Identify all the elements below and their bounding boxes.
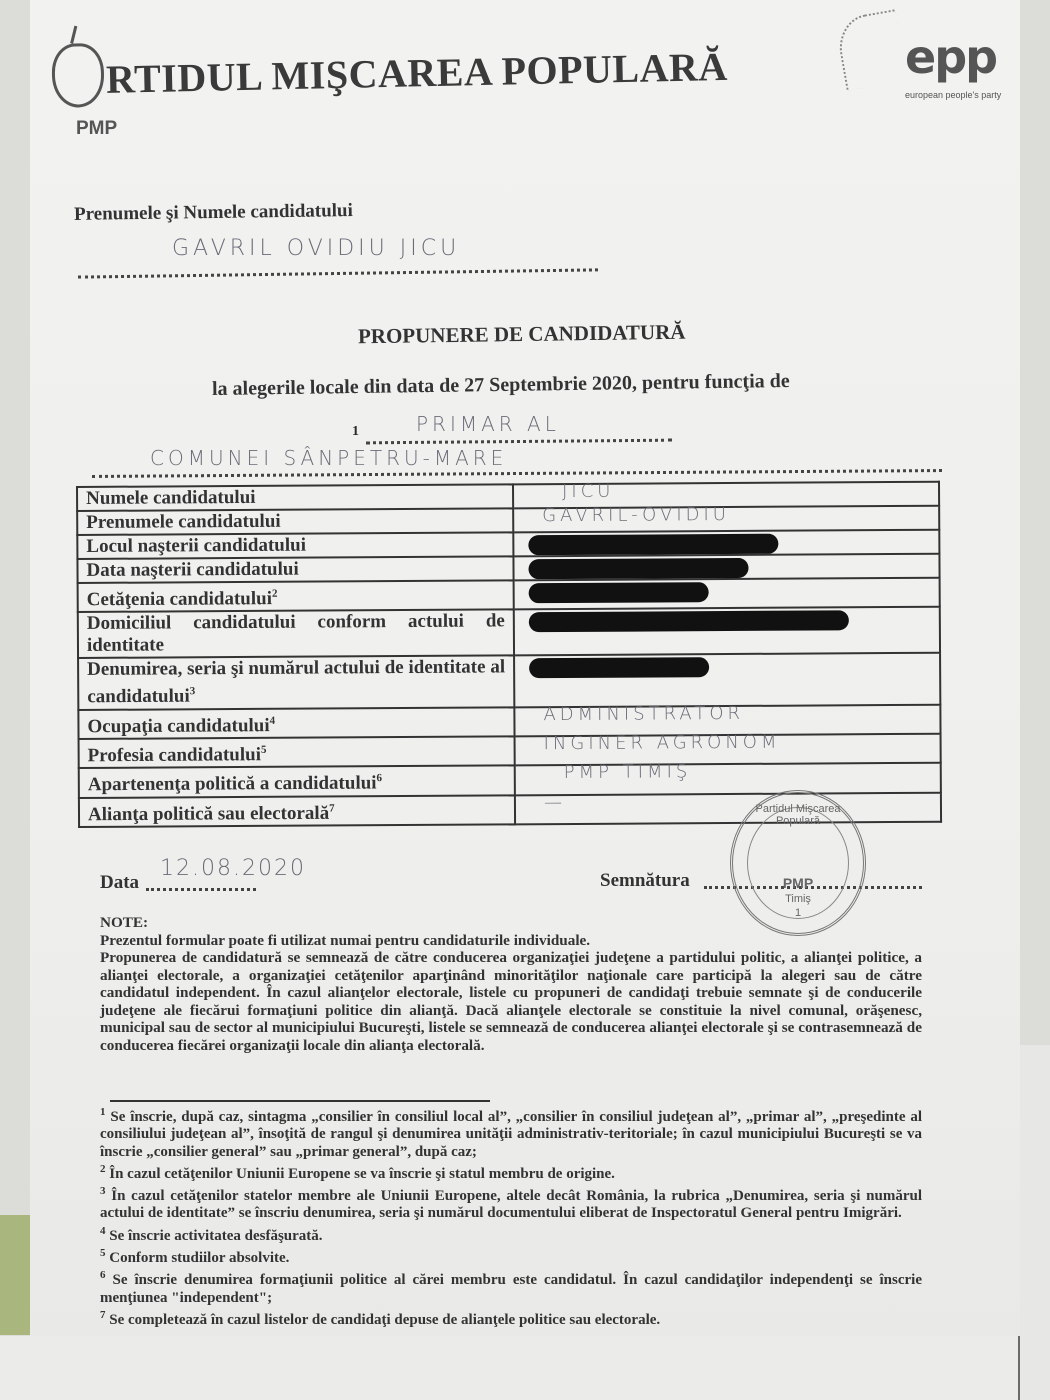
field-label: Profesia candidatului5 bbox=[79, 736, 515, 768]
party-name-text: RTIDUL MIŞCAREA POPULARĂ bbox=[106, 44, 729, 102]
handwritten-value: INGINER AGRONOM bbox=[544, 732, 781, 754]
table-row: Domiciliul candidatului conform actului … bbox=[78, 607, 940, 658]
field-label-text: Apartenenţa politică a candidatului bbox=[88, 773, 377, 796]
field-label-text: Ocupaţia candidatului bbox=[87, 715, 269, 737]
candidate-name-label: Prenumele şi Numele candidatului bbox=[74, 200, 353, 226]
field-label-text: Locul naşterii candidatului bbox=[86, 535, 306, 557]
field-label: Ocupaţia candidatului4 bbox=[78, 707, 514, 739]
footnote-text: Se completează în cazul listelor de cand… bbox=[109, 1312, 660, 1328]
field-label-text: Cetăţenia candidatului bbox=[87, 588, 272, 610]
redaction-mark bbox=[529, 582, 709, 603]
footnote-mark: 6 bbox=[100, 1269, 106, 1281]
signature-label: Semnătura bbox=[600, 870, 690, 892]
handwritten-value: ADMINISTRATOR bbox=[543, 703, 744, 725]
field-label-text: Profesia candidatului bbox=[88, 744, 261, 766]
field-label-text: Alianţa politică sau electorală bbox=[88, 802, 329, 824]
footnote-item: 5 Conform studiilor absolvite. bbox=[100, 1245, 922, 1267]
table-row: Denumirea, seria şi numărul actului de i… bbox=[78, 653, 940, 710]
field-label: Alianţa politică sau electorală7 bbox=[79, 795, 515, 827]
handwritten-value: — bbox=[544, 792, 566, 813]
footnote-mark: 1 bbox=[100, 1106, 106, 1118]
field-value: GAVRIL-OVIDIU bbox=[513, 506, 939, 533]
footnotes-section: 1 Se înscrie, după caz, sintagma „consil… bbox=[100, 1104, 922, 1329]
footnote-divider bbox=[110, 1100, 490, 1102]
field-label: Numele candidatului bbox=[77, 484, 513, 511]
redaction-mark bbox=[528, 533, 778, 555]
field-value bbox=[513, 530, 939, 557]
footnote-text: Se înscrie, după caz, sintagma „consilie… bbox=[100, 1109, 922, 1160]
background-surface bbox=[0, 1336, 1050, 1400]
footnote-item: 3 În cazul cetăţenilor statelor membre a… bbox=[100, 1183, 922, 1223]
field-value bbox=[514, 607, 940, 656]
apple-logo-icon bbox=[51, 43, 104, 108]
field-label-text: Prenumele candidatului bbox=[86, 511, 281, 533]
notes-section: NOTE: Prezentul formular poate fi utiliz… bbox=[100, 914, 922, 1054]
date-value: 12.08.2020 bbox=[160, 856, 306, 881]
footnote-text: Conform studiilor absolvite. bbox=[109, 1250, 289, 1266]
date-label: Data bbox=[100, 872, 139, 894]
footnote-item: 4 Se înscrie activitatea desfăşurată. bbox=[100, 1223, 922, 1245]
field-value: INGINER AGRONOM bbox=[515, 734, 941, 766]
epp-logo: epp bbox=[905, 30, 996, 84]
field-label-text: Data naşterii candidatului bbox=[86, 559, 298, 581]
footnote-item: 6 Se înscrie denumirea formaţiunii polit… bbox=[100, 1267, 922, 1307]
function-line2: COMUNEI SÂNPETRU-MARE bbox=[150, 446, 507, 470]
handwritten-value: PMP TIMIŞ bbox=[564, 762, 692, 784]
field-label-text: Domiciliul candidatului conform actului … bbox=[87, 611, 505, 657]
footnote-mark: 6 bbox=[376, 772, 382, 784]
footnote-item: 2 În cazul cetăţenilor Uniunii Europene … bbox=[100, 1161, 922, 1183]
footnote-mark: 5 bbox=[261, 744, 267, 756]
field-value: — bbox=[515, 792, 941, 824]
form-title: PROPUNERE DE CANDIDATURĂ bbox=[358, 320, 686, 350]
footnote-mark-1: 1 bbox=[352, 424, 359, 440]
handwritten-value: GAVRIL-OVIDIU bbox=[542, 504, 730, 526]
stamp-city: Timiş bbox=[733, 893, 863, 905]
field-label: Domiciliul candidatului conform actului … bbox=[78, 610, 514, 659]
field-value bbox=[514, 653, 940, 707]
field-label: Data naşterii candidatului bbox=[77, 556, 513, 583]
footnote-mark: 4 bbox=[100, 1225, 106, 1237]
footnote-mark: 3 bbox=[190, 686, 196, 698]
footnote-text: În cazul cetăţenilor statelor membre ale… bbox=[100, 1188, 922, 1221]
footnote-mark: 4 bbox=[270, 714, 276, 726]
field-label: Apartenenţa politică a candidatului6 bbox=[79, 766, 515, 798]
footnote-mark: 2 bbox=[100, 1163, 106, 1175]
notes-paragraph: Prezentul formular poate fi utilizat num… bbox=[100, 932, 922, 950]
candidate-info-table: Numele candidatuluiJICUPrenumele candida… bbox=[76, 481, 942, 828]
date-line bbox=[146, 888, 256, 891]
footnote-item: 1 Se înscrie, după caz, sintagma „consil… bbox=[100, 1104, 922, 1161]
footnote-text: În cazul cetăţenilor Uniunii Europene se… bbox=[109, 1166, 615, 1182]
footnote-mark: 2 bbox=[272, 588, 278, 600]
field-value: PMP TIMIŞ bbox=[515, 763, 941, 795]
stamp-ring-text: Partidul Mişcarea Populară bbox=[733, 803, 863, 827]
notes-paragraph: Propunerea de candidatură se semnează de… bbox=[100, 949, 922, 1054]
footnote-text: Se înscrie denumirea formaţiunii politic… bbox=[100, 1272, 922, 1305]
footnote-mark: 3 bbox=[100, 1185, 106, 1197]
stamp-center: PMP bbox=[733, 875, 863, 891]
field-label: Cetăţenia candidatului2 bbox=[78, 580, 514, 612]
candidate-name-value: GAVRIL OVIDIU JICU bbox=[172, 236, 460, 261]
field-label-text: Denumirea, seria şi numărul actului de i… bbox=[87, 657, 505, 708]
footnote-text: Se înscrie activitatea desfăşurată. bbox=[109, 1228, 322, 1244]
redaction-mark bbox=[528, 558, 748, 579]
handwritten-value: JICU bbox=[562, 481, 615, 502]
field-label-text: Numele candidatului bbox=[86, 487, 256, 509]
notes-heading: NOTE: bbox=[100, 914, 922, 932]
field-value bbox=[513, 554, 939, 581]
footnote-mark: 7 bbox=[100, 1309, 106, 1321]
function-line1: PRIMAR AL bbox=[416, 412, 560, 436]
field-label: Prenumele candidatului bbox=[77, 508, 513, 535]
field-label: Locul naşterii candidatului bbox=[77, 532, 513, 559]
field-value bbox=[514, 578, 940, 610]
epp-subtitle: european people's party bbox=[905, 90, 1001, 100]
background-paper-edge bbox=[1018, 1045, 1050, 1400]
field-label: Denumirea, seria şi numărul actului de i… bbox=[78, 656, 514, 710]
redaction-mark bbox=[529, 610, 849, 632]
footnote-mark: 5 bbox=[100, 1247, 106, 1259]
footnote-item: 7 Se completează în cazul listelor de ca… bbox=[100, 1307, 922, 1329]
party-abbrev: PMP bbox=[76, 118, 117, 140]
redaction-mark bbox=[529, 657, 709, 678]
footnote-mark: 7 bbox=[329, 802, 335, 814]
